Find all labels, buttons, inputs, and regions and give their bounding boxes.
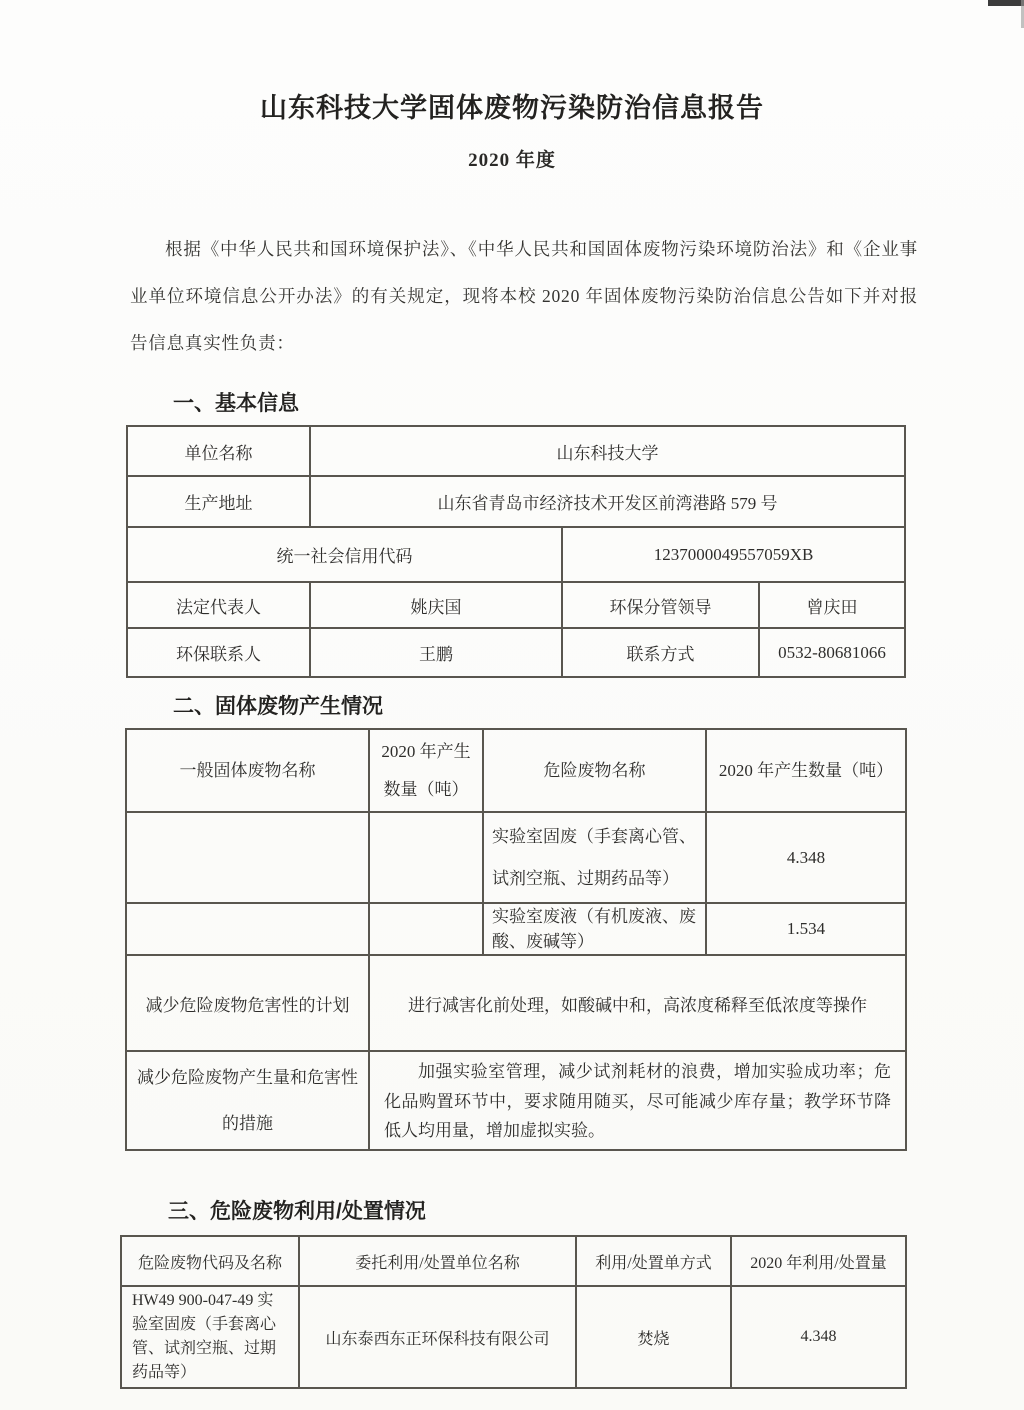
col-entrusted-unit: 委托利用/处置单位名称 bbox=[299, 1236, 576, 1286]
unit-name-label: 单位名称 bbox=[127, 426, 310, 476]
phone-value: 0532-80681066 bbox=[759, 628, 905, 677]
section-heading-waste-generation: 二、固体废物产生情况 bbox=[173, 690, 1024, 720]
col-hazard-code-name: 危险废物代码及名称 bbox=[121, 1236, 299, 1286]
phone-label: 联系方式 bbox=[562, 628, 759, 677]
env-leader-label: 环保分管领导 bbox=[562, 582, 759, 628]
general-name-cell bbox=[126, 812, 369, 903]
scanned-report-page: 山东科技大学固体废物污染防治信息报告 2020 年度 根据《中华人民共和国环境保… bbox=[0, 0, 1024, 1410]
measures-label: 减少危险废物产生量和危害性的措施 bbox=[126, 1051, 369, 1150]
table-row: 单位名称 山东科技大学 bbox=[127, 426, 905, 476]
intro-paragraph: 根据《中华人民共和国环境保护法》、《中华人民共和国固体废物污染环境防治法》和《企… bbox=[130, 226, 918, 367]
section-heading-basic-info: 一、基本信息 bbox=[173, 387, 1024, 417]
table-header-row: 一般固体废物名称 2020 年产生数量（吨） 危险废物名称 2020 年产生数量… bbox=[126, 729, 906, 812]
waste-generation-table: 一般固体废物名称 2020 年产生数量（吨） 危险废物名称 2020 年产生数量… bbox=[125, 728, 907, 1151]
col-general-amount: 2020 年产生数量（吨） bbox=[369, 729, 483, 812]
page-title: 山东科技大学固体废物污染防治信息报告 bbox=[0, 0, 1024, 125]
col-disposal-method: 利用/处置单方式 bbox=[576, 1236, 731, 1286]
env-leader-value: 曾庆田 bbox=[759, 582, 905, 628]
col-hazard-amount: 2020 年产生数量（吨） bbox=[706, 729, 906, 812]
env-contact-value: 王鹏 bbox=[310, 628, 562, 677]
plan-value: 进行减害化前处理，如酸碱中和，高浓度稀释至低浓度等操作 bbox=[369, 955, 906, 1051]
scan-artifact-mark bbox=[988, 0, 1024, 6]
unit-name-value: 山东科技大学 bbox=[310, 426, 905, 476]
basic-info-table: 单位名称 山东科技大学 生产地址 山东省青岛市经济技术开发区前湾港路 579 号… bbox=[126, 425, 906, 678]
col-disposal-amount: 2020 年利用/处置量 bbox=[731, 1236, 906, 1286]
general-amount-cell bbox=[369, 812, 483, 903]
table-row: 实验室废液（有机废液、废酸、废碱等） 1.534 bbox=[126, 903, 906, 955]
col-general-waste-name: 一般固体废物名称 bbox=[126, 729, 369, 812]
hazard-amount-cell: 1.534 bbox=[706, 903, 906, 955]
disposal-method-cell: 焚烧 bbox=[576, 1286, 731, 1388]
legal-rep-label: 法定代表人 bbox=[127, 582, 310, 628]
table-row: 减少危险废物危害性的计划 进行减害化前处理，如酸碱中和，高浓度稀释至低浓度等操作 bbox=[126, 955, 906, 1051]
col-hazard-waste-name: 危险废物名称 bbox=[483, 729, 706, 812]
address-value: 山东省青岛市经济技术开发区前湾港路 579 号 bbox=[310, 476, 905, 527]
table-row: 减少危险废物产生量和危害性的措施 加强实验室管理，减少试剂耗材的浪费，增加实验成… bbox=[126, 1051, 906, 1150]
measures-value: 加强实验室管理，减少试剂耗材的浪费，增加实验成功率；危化品购置环节中，要求随用随… bbox=[369, 1051, 906, 1150]
plan-label: 减少危险废物危害性的计划 bbox=[126, 955, 369, 1051]
table-row: 生产地址 山东省青岛市经济技术开发区前湾港路 579 号 bbox=[127, 476, 905, 527]
entrusted-unit-cell: 山东泰西东正环保科技有限公司 bbox=[299, 1286, 576, 1388]
table-row: HW49 900-047-49 实验室固废（手套离心管、试剂空瓶、过期药品等） … bbox=[121, 1286, 906, 1388]
report-year: 2020 年度 bbox=[0, 145, 1024, 172]
table-header-row: 危险废物代码及名称 委托利用/处置单位名称 利用/处置单方式 2020 年利用/… bbox=[121, 1236, 906, 1286]
table-row: 环保联系人 王鹏 联系方式 0532-80681066 bbox=[127, 628, 905, 677]
table-row: 实验室固废（手套离心管、试剂空瓶、过期药品等） 4.348 bbox=[126, 812, 906, 903]
hazard-code-name-cell: HW49 900-047-49 实验室固废（手套离心管、试剂空瓶、过期药品等） bbox=[121, 1286, 299, 1388]
disposal-amount-cell: 4.348 bbox=[731, 1286, 906, 1388]
env-contact-label: 环保联系人 bbox=[127, 628, 310, 677]
general-name-cell bbox=[126, 903, 369, 955]
table-row: 统一社会信用代码 1237000049557059XB bbox=[127, 527, 905, 582]
hazard-name-cell: 实验室固废（手套离心管、试剂空瓶、过期药品等） bbox=[483, 812, 706, 903]
legal-rep-value: 姚庆国 bbox=[310, 582, 562, 628]
hazard-amount-cell: 4.348 bbox=[706, 812, 906, 903]
credit-code-label: 统一社会信用代码 bbox=[127, 527, 562, 582]
credit-code-value: 1237000049557059XB bbox=[562, 527, 905, 582]
section-heading-disposal: 三、危险废物利用/处置情况 bbox=[168, 1195, 1024, 1225]
hazard-name-cell: 实验室废液（有机废液、废酸、废碱等） bbox=[483, 903, 706, 955]
address-label: 生产地址 bbox=[127, 476, 310, 527]
table-row: 法定代表人 姚庆国 环保分管领导 曾庆田 bbox=[127, 582, 905, 628]
general-amount-cell bbox=[369, 903, 483, 955]
disposal-table: 危险废物代码及名称 委托利用/处置单位名称 利用/处置单方式 2020 年利用/… bbox=[120, 1235, 907, 1389]
